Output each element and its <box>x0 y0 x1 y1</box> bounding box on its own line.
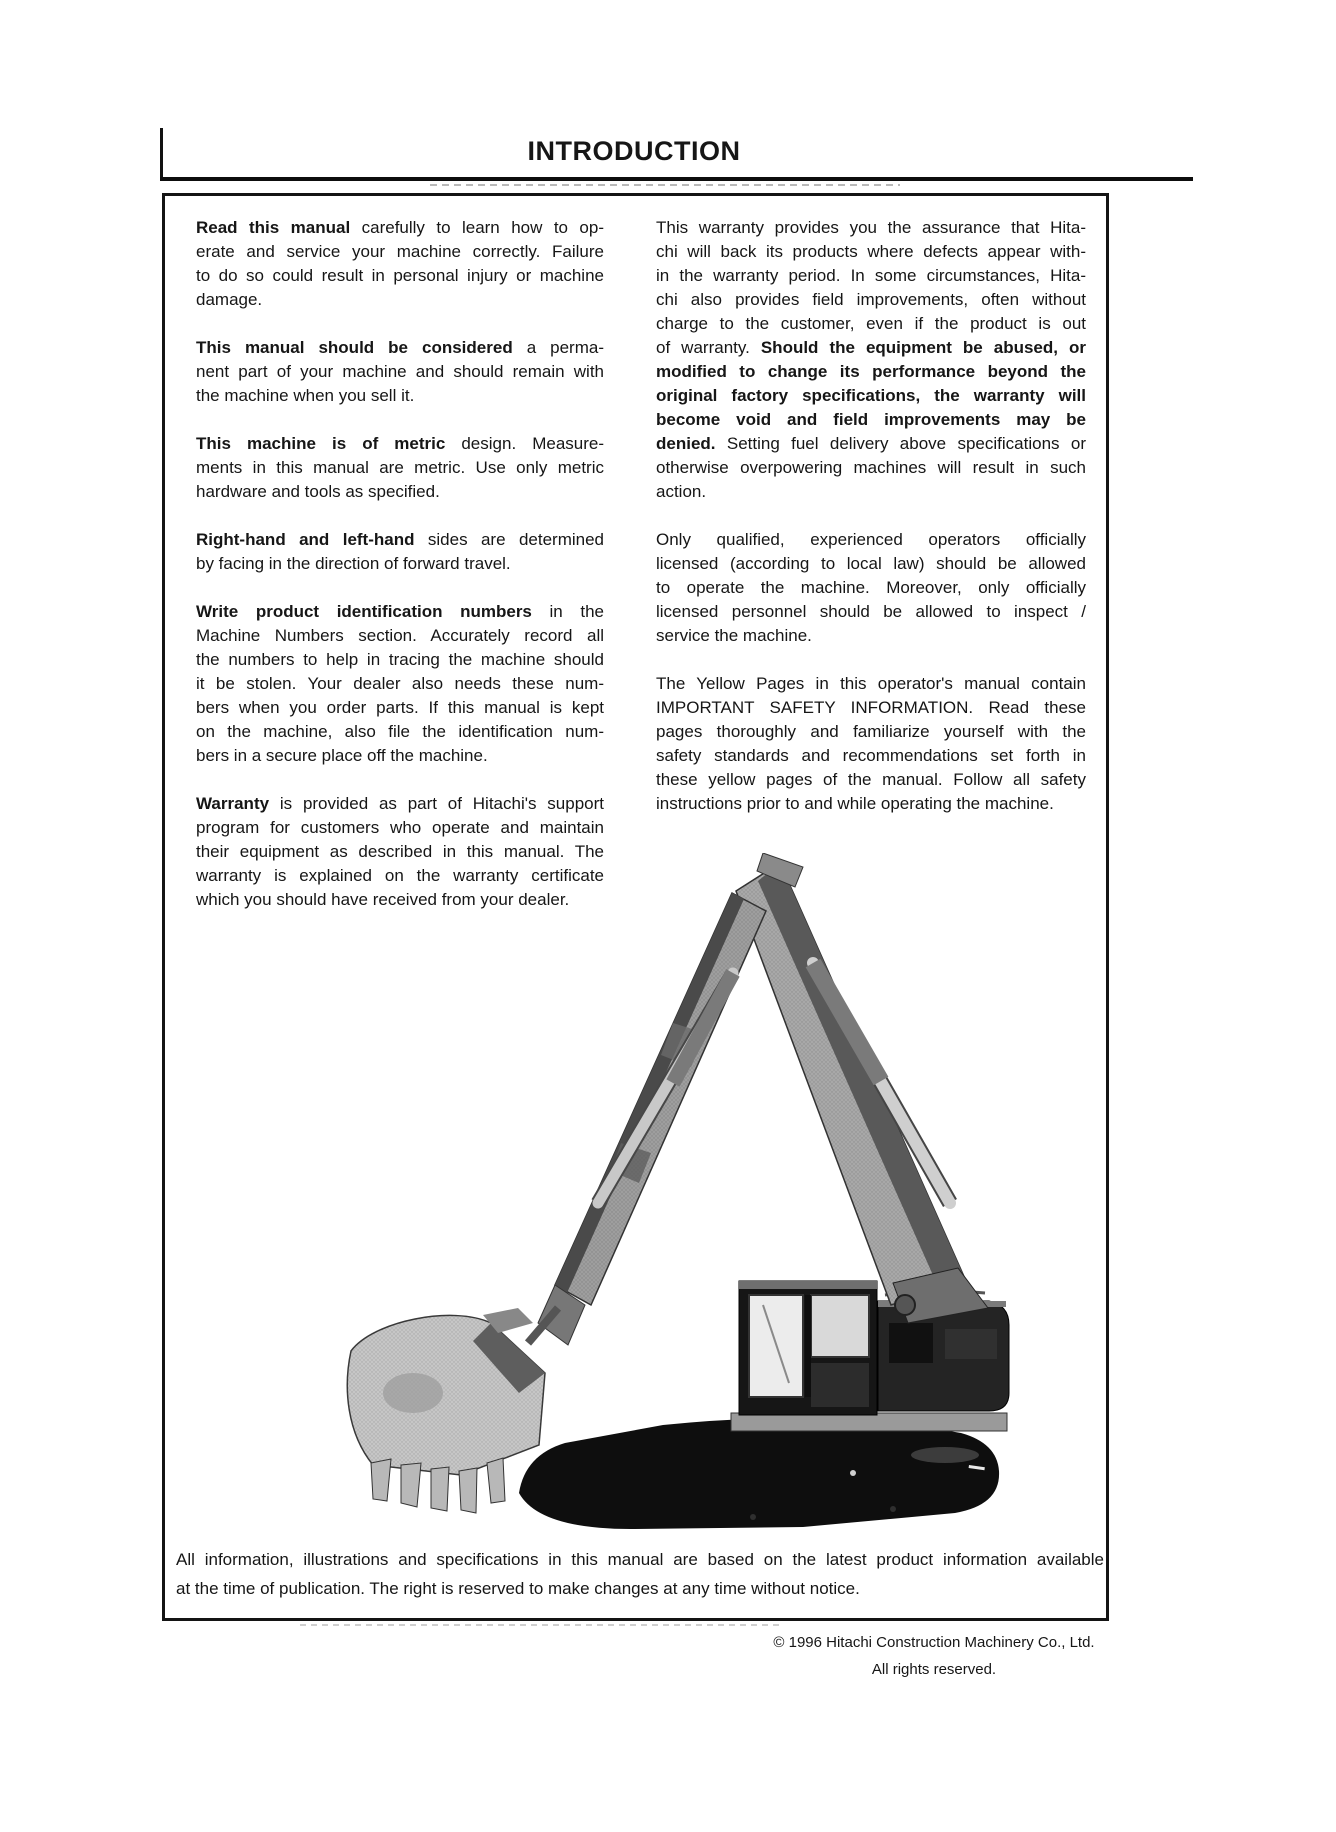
copyright-line: © 1996 Hitachi Construction Machinery Co… <box>756 1629 1112 1656</box>
paragraph: This manual should be considered a perma… <box>196 336 604 408</box>
right-column: This warranty provides you the assurance… <box>656 216 1086 840</box>
text-line: at the time of publication. The right is… <box>176 1574 1104 1603</box>
text-line: it be stolen. Your dealer also needs the… <box>196 672 604 696</box>
text-line: to do so could result in personal injury… <box>196 264 604 288</box>
excavator-bucket <box>347 1308 545 1513</box>
paragraph: Right-hand and left-hand sides are deter… <box>196 528 604 576</box>
text-line: All information, illustrations and speci… <box>176 1545 1104 1574</box>
text-line: instructions prior to and while operatin… <box>656 792 1086 816</box>
text-line: licensed (according to local law) should… <box>656 552 1086 576</box>
text-line: denied. Setting fuel delivery above spec… <box>656 432 1086 456</box>
excavator-tracks <box>519 1418 999 1529</box>
text-line: Only qualified, experienced operators of… <box>656 528 1086 552</box>
text-line: on the machine, also file the identifica… <box>196 720 604 744</box>
text-line: service the machine. <box>656 624 1086 648</box>
text-line: the machine when you sell it. <box>196 384 604 408</box>
text-line: hardware and tools as specified. <box>196 480 604 504</box>
copyright: © 1996 Hitachi Construction Machinery Co… <box>756 1629 1112 1683</box>
text-line: safety standards and recommendations set… <box>656 744 1086 768</box>
text-line: action. <box>656 480 1086 504</box>
text-line: Machine Numbers section. Accurately reco… <box>196 624 604 648</box>
text-line: otherwise overpowering machines will res… <box>656 456 1086 480</box>
text-line: nent part of your machine and should rem… <box>196 360 604 384</box>
excavator-arm <box>528 893 766 1345</box>
text-line: charge to the customer, even if the prod… <box>656 312 1086 336</box>
text-line: to operate the machine. Moreover, only o… <box>656 576 1086 600</box>
paragraph: Write product identification numbers in … <box>196 600 604 768</box>
text-line: these yellow pages of the manual. Follow… <box>656 768 1086 792</box>
text-line: This machine is of metric design. Measur… <box>196 432 604 456</box>
text-line: The Yellow Pages in this operator's manu… <box>656 672 1086 696</box>
excavator-deck <box>731 1413 1007 1431</box>
paragraph: All information, illustrations and speci… <box>176 1545 1104 1603</box>
excavator-cab <box>739 1281 877 1415</box>
text-line: program for customers who operate and ma… <box>196 816 604 840</box>
text-line: bers in a secure place off the machine. <box>196 744 604 768</box>
text-line: chi will back its products where defects… <box>656 240 1086 264</box>
left-column: Read this manual carefully to learn how … <box>196 216 604 936</box>
text-line: the numbers to help in tracing the machi… <box>196 648 604 672</box>
text-line: of warranty. Should the equipment be abu… <box>656 336 1086 360</box>
text-line: ments in this manual are metric. Use onl… <box>196 456 604 480</box>
page-title: INTRODUCTION <box>162 136 1106 167</box>
text-line: bers when you order parts. If this manua… <box>196 696 604 720</box>
text-line: Read this manual carefully to learn how … <box>196 216 604 240</box>
paragraph: Only qualified, experienced operators of… <box>656 528 1086 648</box>
text-line: modified to change its performance beyon… <box>656 360 1086 384</box>
scan-artifact-line <box>430 184 900 186</box>
text-line: erate and service your machine correctly… <box>196 240 604 264</box>
text-line: chi also provides field improvements, of… <box>656 288 1086 312</box>
text-line: in the warranty period. In some circumst… <box>656 264 1086 288</box>
title-rule <box>160 177 1193 181</box>
paragraph: This machine is of metric design. Measur… <box>196 432 604 504</box>
text-line: become void and field improvements may b… <box>656 408 1086 432</box>
text-line: IMPORTANT SAFETY INFORMATION. Read these <box>656 696 1086 720</box>
text-line: licensed personnel should be allowed to … <box>656 600 1086 624</box>
paragraph: Read this manual carefully to learn how … <box>196 216 604 312</box>
excavator-boom <box>736 853 988 1323</box>
text-line: Warranty is provided as part of Hitachi'… <box>196 792 604 816</box>
text-line: Write product identification numbers in … <box>196 600 604 624</box>
text-line: by facing in the direction of forward tr… <box>196 552 604 576</box>
text-line: This warranty provides you the assurance… <box>656 216 1086 240</box>
paragraph: This warranty provides you the assurance… <box>656 216 1086 504</box>
text-line: damage. <box>196 288 604 312</box>
paragraph: The Yellow Pages in this operator's manu… <box>656 672 1086 816</box>
footer-note: All information, illustrations and speci… <box>176 1545 1104 1627</box>
text-line: original factory specifications, the war… <box>656 384 1086 408</box>
text-line: This manual should be considered a perma… <box>196 336 604 360</box>
text-line: Right-hand and left-hand sides are deter… <box>196 528 604 552</box>
excavator-illustration <box>333 853 1017 1537</box>
copyright-line: All rights reserved. <box>756 1656 1112 1683</box>
text-line: pages thoroughly and familiarize yoursel… <box>656 720 1086 744</box>
